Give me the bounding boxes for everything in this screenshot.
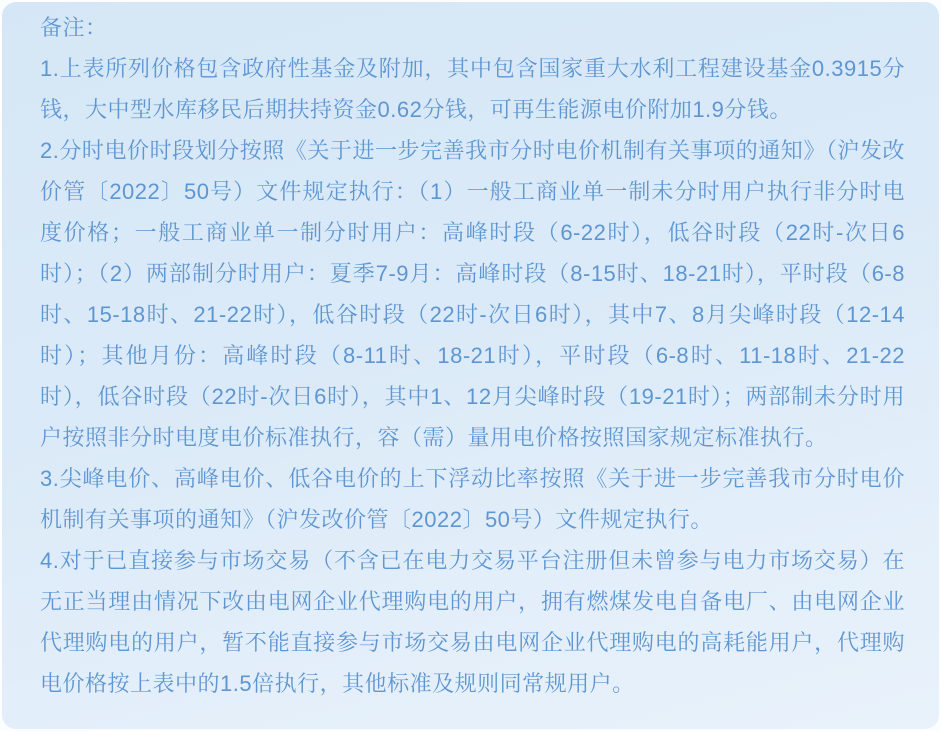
note-item-4: 4.对于已直接参与市场交易（不含已在电力交易平台注册但未曾参与电力市场交易）在无… [40,540,905,704]
note-item-3: 3.尖峰电价、高峰电价、低谷电价的上下浮动比率按照《关于进一步完善我市分时电价机… [40,458,905,540]
notes-heading: 备注： [40,7,905,48]
notes-panel: 备注： 1.上表所列价格包含政府性基金及附加，其中包含国家重大水利工程建设基金0… [2,2,939,729]
note-item-2: 2.分时电价时段划分按照《关于进一步完善我市分时电价机制有关事项的通知》（沪发改… [40,130,905,458]
notes-content: 备注： 1.上表所列价格包含政府性基金及附加，其中包含国家重大水利工程建设基金0… [2,2,939,704]
note-item-1: 1.上表所列价格包含政府性基金及附加，其中包含国家重大水利工程建设基金0.391… [40,48,905,130]
